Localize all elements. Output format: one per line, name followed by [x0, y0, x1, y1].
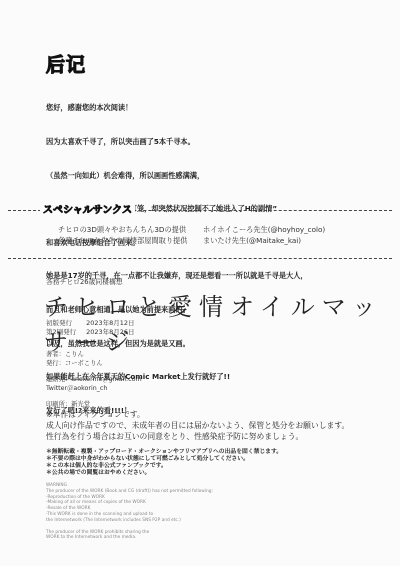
note-line: ＊不要の際は中身がわからない状態にして可燃ごみとして処分してください。: [46, 456, 282, 463]
edition-date: 2023年8月26日: [86, 328, 134, 336]
afterword-line: 您好，感谢您的本次阅读！: [46, 102, 308, 113]
edition-label: 第2刷発行: [46, 328, 84, 337]
afterword-heading: 后记: [46, 50, 86, 77]
note-line: ＊無断転載・複製・アップロード・オークションやフリマアプリへの出品を固く禁じます…: [46, 449, 282, 456]
thanks-item: 各務チヒロと先生の同棲部屋間取り提供 まいたけ先生(@Maitake_kai): [58, 236, 325, 247]
thanks-item: チヒロの3D頭々やおちんちん3Dの提供 ホイホイこーろ先生(@hoyhoy_co…: [58, 225, 325, 236]
author-credit: 著者：こりん: [46, 351, 142, 360]
japanese-notes: ＊無断転載・複製・アップロード・オークションやフリマアプリへの出品を固く禁じます…: [46, 449, 282, 477]
special-thanks-heading: スペシャルサンクス: [40, 201, 135, 216]
afterword-line: （虽然一向如此）机会难得，所以画画性感满满，: [46, 170, 308, 181]
thanks-contribution: 各務チヒロと先生の同棲部屋間取り提供: [58, 236, 203, 247]
edition-row: 第2刷発行 2023年8月26日: [46, 328, 135, 337]
edition-dates: 初版発行 2023年8月12日 第2刷発行 2023年8月26日: [46, 319, 135, 336]
note-line: ＊この本は個人的な非公式ファンブックです。: [46, 463, 282, 470]
note-line: ＊公共の場での閲覧はおやめください。: [46, 470, 282, 477]
special-thanks-list: チヒロの3D頭々やおちんちん3Dの提供 ホイホイこーろ先生(@hoyhoy_co…: [58, 225, 325, 246]
credits: 著者：こりん 発行：コーボこりん 連絡先：anokorine＠gmail.com…: [46, 351, 142, 418]
twitter-handle: Twitter＠aokorin_ch: [46, 385, 142, 394]
thanks-person: ホイホイこーろ先生(@hoyhoy_colo): [203, 225, 325, 236]
notice-line: 性行為を行う場合はお互いの同意をとり、性感染症予防に努めましょう。: [46, 432, 349, 443]
edition-row: 初版発行 2023年8月12日: [46, 319, 135, 328]
edition-date: 2023年8月12日: [86, 319, 134, 327]
book-subtitle: 各務チヒロ26歳同棲構想: [46, 276, 123, 286]
thanks-person: まいたけ先生(@Maitake_kai): [203, 236, 301, 247]
dashed-divider-bottom: [8, 258, 392, 259]
publisher-credit: 発行：コーボこりん: [46, 360, 142, 369]
english-warning: WARNING The producer of the WORK (Book a…: [46, 483, 213, 541]
fiction-notice: ※本作はフィクションです。 成人向け作品ですので、未成年者の目には届かないよう、…: [46, 410, 349, 442]
printer-credit: 印刷所：新光堂: [46, 401, 142, 410]
edition-label: 初版発行: [46, 319, 84, 328]
contact-email: 連絡先：anokorine＠gmail.com: [46, 376, 142, 385]
thanks-contribution: チヒロの3D頭々やおちんちん3Dの提供: [58, 225, 203, 236]
notice-line: ※本作はフィクションです。: [46, 410, 349, 421]
warning-line: WORK to the Internetwork and the media.: [46, 535, 213, 541]
afterword-line: 因为太喜欢千寻了，所以突击画了5本千寻本。: [46, 136, 308, 147]
colophon-page: 后记 您好，感谢您的本次阅读！ 因为太喜欢千寻了，所以突击画了5本千寻本。 （虽…: [0, 0, 400, 566]
notice-line: 成人向け作品ですので、未成年者の目には届かないよう、保管と処分をお願いします。: [46, 421, 349, 432]
warning-line: The producer of the WORK (Book and CG (d…: [46, 489, 213, 495]
